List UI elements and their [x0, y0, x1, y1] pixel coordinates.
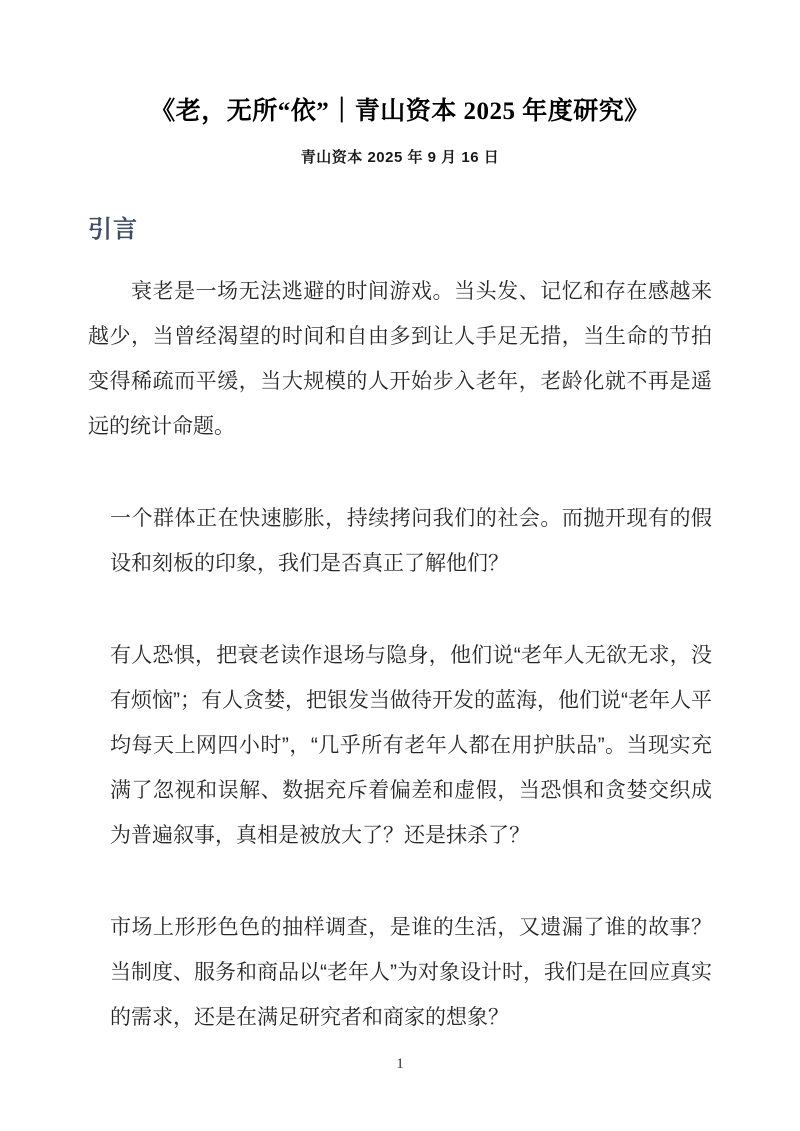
document-byline: 青山资本 2025 年 9 月 16 日: [88, 146, 712, 167]
paragraph-fear-and-greed: 有人恐惧，把衰老读作退场与隐身，他们说“老年人无欲无求，没有烦恼”；有人贪婪，把…: [110, 633, 712, 858]
document-content: 《老，无所“依”｜青山资本 2025 年度研究》 青山资本 2025 年 9 月…: [88, 0, 712, 1040]
document-title: 《老，无所“依”｜青山资本 2025 年度研究》: [88, 96, 712, 129]
document-page: 《老，无所“依”｜青山资本 2025 年度研究》 青山资本 2025 年 9 月…: [0, 0, 800, 1131]
paragraph-market-surveys: 市场上形形色色的抽样调查，是谁的生活，又遗漏了谁的故事？当制度、服务和商品以“老…: [110, 905, 712, 1040]
paragraph-group-expanding: 一个群体正在快速膨胀，持续拷问我们的社会。而抛开现有的假设和刻板的印象，我们是否…: [110, 496, 712, 586]
page-number: 1: [0, 1056, 800, 1073]
paragraph-aging-time-game: 衰老是一场无法逃避的时间游戏。当头发、记忆和存在感越来越少，当曾经渴望的时间和自…: [88, 269, 712, 449]
section-heading-intro: 引言: [88, 209, 712, 244]
